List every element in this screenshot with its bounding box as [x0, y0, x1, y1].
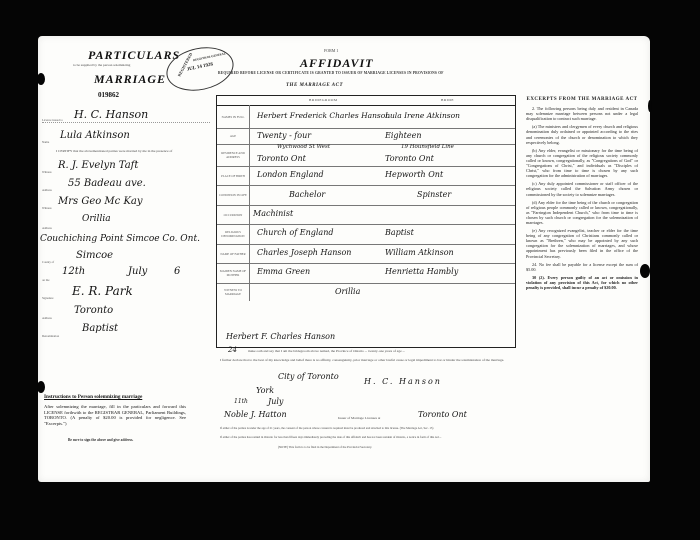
instructions-title: Instructions to Person solemnizing marri…	[44, 394, 142, 400]
row-label: RELIGIOUS DENOMINATION	[217, 230, 249, 238]
row-label: CONDITION IN LIFE	[219, 193, 247, 197]
bride-residence: Toronto Ont	[385, 154, 434, 163]
divider	[42, 122, 210, 123]
witness1-address: 55 Badeau ave.	[68, 178, 146, 189]
affidavit-table: BRIDEGROOM BRIDE NAMES IN FULL Herbert F…	[216, 95, 516, 348]
excerpt-paragraph: (d) Any elder for the time being of the …	[526, 200, 638, 225]
column-groom: BRIDEGROOM	[309, 98, 338, 102]
row-label: WITNESS TO MARRIAGE	[217, 288, 249, 296]
punch-hole-icon	[37, 73, 45, 85]
excerpt-paragraph: 30 (2). Every person guilty of an act or…	[526, 275, 638, 290]
bride-name: Lula Irene Atkinson	[385, 111, 460, 120]
excerpt-paragraph: 2. The following persons being duly and …	[526, 106, 638, 121]
instructions-body: After solemnizing the marriage, fill in …	[44, 404, 186, 426]
bride-condition: Spinster	[417, 190, 451, 199]
instructions-note: Be sure to sign the above and give addre…	[68, 438, 133, 442]
marriage-registration-document: PARTICULARS to be supplied by the person…	[38, 36, 650, 482]
certify-text: I CERTIFY that the abovementioned partie…	[56, 149, 206, 154]
marriage-place: Couchiching Point Simcoe Co. Ont.	[40, 234, 200, 244]
address-label: Address	[42, 316, 52, 320]
particulars-subtitle: to be supplied by the person solemnizing	[73, 63, 130, 67]
denomination-label: Denomination	[42, 334, 59, 338]
groom-religion: Church of England	[257, 228, 333, 237]
groom-age: Twenty - four	[257, 131, 311, 140]
excerpt-paragraph: 24. No fee shall be payable for a licens…	[526, 262, 638, 272]
stamp-text: REGISTERED	[176, 52, 193, 78]
table-row: MAIDEN NAME OF MOTHER Emma Green Henriet…	[217, 263, 515, 284]
issuer-place: Toronto Ont	[418, 410, 467, 419]
particulars-title: PARTICULARS	[88, 48, 180, 63]
footnote-2: If either of the parties has resided in …	[220, 435, 510, 439]
marriage-year: 6	[174, 266, 180, 277]
bride-age: Eighteen	[385, 131, 422, 140]
commissioner-signature: Noble J. Hatton	[224, 410, 287, 419]
licence-issued-to: H. C. Hanson	[74, 108, 148, 121]
bride-father: William Atkinson	[385, 248, 454, 257]
witness2-name: Mrs Geo Mc Kay	[58, 196, 143, 207]
table-row: AGE Twenty - four Eighteen	[217, 128, 515, 145]
marriage-day: 12th	[62, 266, 85, 277]
row-label: NAMES IN FULL	[222, 115, 245, 119]
groom-father: Charles Joseph Hanson	[257, 248, 351, 257]
bride-birthplace: Hepworth Ont	[385, 170, 443, 179]
marriage-witness-place: Orillia	[335, 287, 360, 296]
name-field: Lula Atkinson	[60, 130, 130, 141]
column-bride: BRIDE	[441, 98, 454, 102]
sworn-at: City of Toronto	[278, 372, 339, 381]
marriage-act-title: THE MARRIAGE ACT	[286, 83, 343, 88]
address-label: Address	[42, 226, 52, 230]
excerpt-paragraph: (c) Any duly appointed commissioner or s…	[526, 181, 638, 196]
table-row: OCCUPATION Machinist	[217, 205, 515, 225]
row-label: OCCUPATION	[224, 213, 243, 217]
registration-number: 019862	[98, 91, 119, 99]
address-label: Address	[42, 188, 52, 192]
deponent-age: 24	[228, 346, 237, 354]
groom-birthplace: London England	[257, 170, 324, 179]
row-label: RESIDENCE AND ADDRESS	[217, 151, 249, 159]
bride-street: 19 Hounsfield Line	[401, 144, 454, 150]
groom-mother: Emma Green	[257, 267, 310, 276]
witness-label: Witness	[42, 170, 52, 174]
punch-hole-icon	[37, 381, 45, 393]
row-label: MAIDEN NAME OF MOTHER	[217, 269, 249, 277]
issuer-label: Issuer of Marriage Licenses at	[338, 416, 380, 420]
county-label: County of	[42, 260, 54, 264]
row-label: NAME OF FATHER	[220, 252, 245, 256]
deponent-name: Herbert F. Charles Hanson	[226, 332, 335, 341]
groom-name: Herbert Frederick Charles Hanson	[257, 111, 390, 120]
deponent-signature: H. C. Hanson	[364, 377, 442, 386]
groom-residence: Toronto Ont	[257, 154, 306, 163]
excerpt-paragraph: (a) The ministers and clergymen of every…	[526, 124, 638, 144]
excerpts-title: EXCERPTS FROM THE MARRIAGE ACT	[526, 97, 638, 102]
table-row: RESIDENCE AND ADDRESS Wychwood St West T…	[217, 144, 515, 167]
affidavit-title: AFFIDAVIT	[300, 56, 373, 71]
oath-day: 11th	[234, 398, 248, 405]
marriage-title: MARRIAGE	[94, 72, 166, 87]
signature-label: Signature	[42, 296, 54, 300]
officiant-denomination: Baptist	[82, 323, 118, 334]
punch-hole-icon	[648, 100, 652, 112]
table-row: RELIGIOUS DENOMINATION Church of England…	[217, 224, 515, 245]
on-the-label: on the	[42, 278, 49, 282]
bride-mother: Henrietta Hambly	[385, 267, 458, 276]
oath-line-2: I further declare that to the best of my…	[220, 358, 510, 362]
witness-label: Witness	[42, 206, 52, 210]
table-row: NAMES IN FULL Herbert Frederick Charles …	[217, 105, 515, 129]
name-label: Name	[42, 140, 49, 144]
table-row: NAME OF FATHER Charles Joseph Hanson Wil…	[217, 244, 515, 264]
officiant-residence: Toronto	[74, 305, 113, 316]
groom-condition: Bachelor	[289, 190, 325, 199]
footnote-3: (NOTE) This form is to be filed in the D…	[278, 445, 372, 449]
groom-occupation: Machinist	[253, 209, 293, 218]
form-number: FORM 1	[324, 48, 338, 53]
marriage-month: July	[128, 266, 147, 277]
oath-month: July	[268, 397, 283, 406]
county-value: Simcoe	[76, 250, 113, 261]
footnote-1: If either of the parties is under the ag…	[220, 426, 510, 430]
witness2-address: Orillia	[82, 214, 111, 224]
affidavit-subtitle: REQUIRED BEFORE LICENSE OR CERTIFICATE I…	[218, 71, 444, 75]
row-label: AGE	[230, 134, 236, 138]
excerpt-paragraph: (b) Any elder, evangelist or missionary …	[526, 148, 638, 179]
table-row: CONDITION IN LIFE Bachelor Spinster	[217, 185, 515, 206]
excerpts-panel: EXCERPTS FROM THE MARRIAGE ACT 2. The fo…	[526, 97, 638, 293]
table-row: PLACE OF BIRTH London England Hepworth O…	[217, 166, 515, 186]
excerpt-paragraph: (e) Any recognized evangelist, teacher o…	[526, 228, 638, 259]
stamp-date: JUL 14 1926	[186, 62, 213, 72]
groom-street: Wychwood St West	[277, 144, 330, 150]
oath-line-1: make oath and say that I am the bridegro…	[248, 349, 510, 353]
officiant-signature: E. R. Park	[72, 284, 133, 298]
bride-religion: Baptist	[385, 228, 414, 237]
oath-county: York	[256, 386, 274, 395]
row-label: PLACE OF BIRTH	[221, 174, 245, 178]
table-row: WITNESS TO MARRIAGE Orillia	[217, 283, 515, 301]
witness1-name: R. J. Evelyn Taft	[58, 160, 138, 171]
stamp-office: REGISTRAR GENERAL	[193, 51, 227, 62]
punch-hole-icon	[640, 264, 650, 278]
